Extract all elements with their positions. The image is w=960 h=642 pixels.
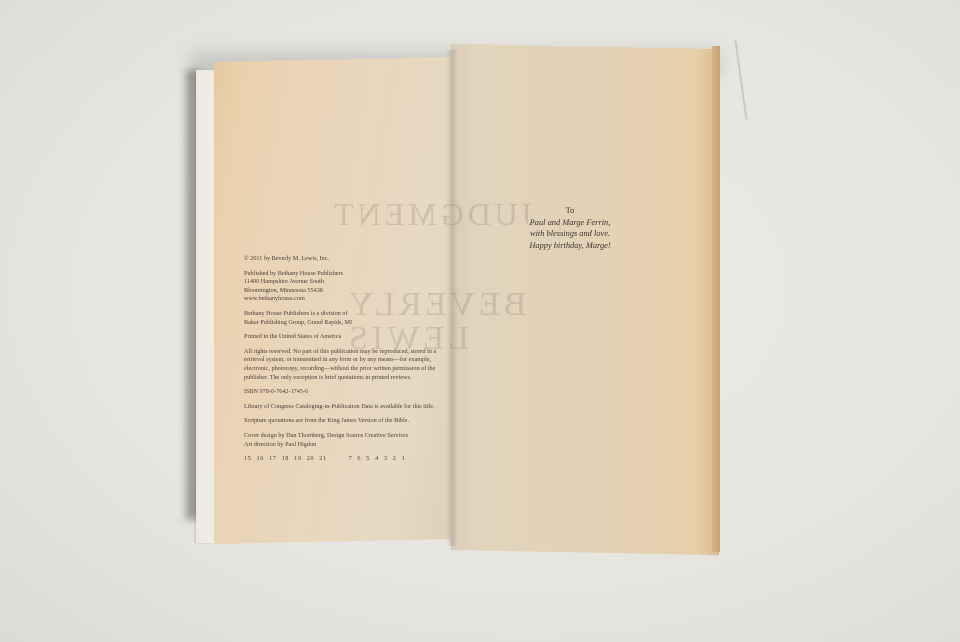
publisher-name: Published by Bethany House Publishers [244,270,343,277]
division-block: Bethany House Publishers is a division o… [244,310,454,327]
photo-scene: JUDGMENT BEVERLY LEWIS © 2011 by Beverly… [0,0,960,642]
printed-line: Printed in the United States of America [244,333,454,342]
publisher-block: Published by Bethany House Publishers 11… [244,270,454,304]
right-page-edge [712,46,720,552]
credits-block: Cover design by Dan Thornberg, Design So… [244,432,454,449]
dedication-line-2: with blessings and love. [505,228,635,240]
copyright-block: © 2011 by Beverly M. Lewis, Inc. Publish… [244,255,454,470]
cover-design-credit: Cover design by Dan Thornberg, Design So… [244,432,408,439]
bleed-through-title: JUDGMENT [330,196,534,233]
publisher-street: 11400 Hampshire Avenue South [244,278,324,285]
dedication-line-1: Paul and Marge Ferrin, [505,217,635,229]
publisher-website: www.bethanyhouse.com [244,295,305,302]
scripture-line: Scripture quotations are from the King J… [244,417,454,426]
dedication-block: To Paul and Marge Ferrin, with blessings… [505,205,635,251]
publisher-city: Bloomington, Minnesota 55438 [244,287,323,294]
print-years: 15 16 17 18 19 20 21 [244,455,327,462]
art-direction-credit: Art direction by Paul Higdon [244,441,316,448]
rights-statement: All rights reserved. No part of this pub… [244,348,454,382]
print-run: 7 6 5 4 3 2 1 [349,455,406,462]
printing-numbers: 15 16 17 18 19 20 217 6 5 4 3 2 1 [244,455,454,464]
dedication-to: To [505,205,635,217]
dedication-line-3: Happy birthday, Marge! [505,240,635,252]
copyright-line: © 2011 by Beverly M. Lewis, Inc. [244,255,454,264]
division-line-1: Bethany House Publishers is a division o… [244,310,347,317]
division-line-2: Baker Publishing Group, Grand Rapids, MI [244,319,352,326]
library-line: Library of Congress Cataloging-in-Public… [244,403,454,412]
isbn-line: ISBN 978-0-7642-1745-6 [244,388,454,397]
surface-mark [734,40,747,119]
